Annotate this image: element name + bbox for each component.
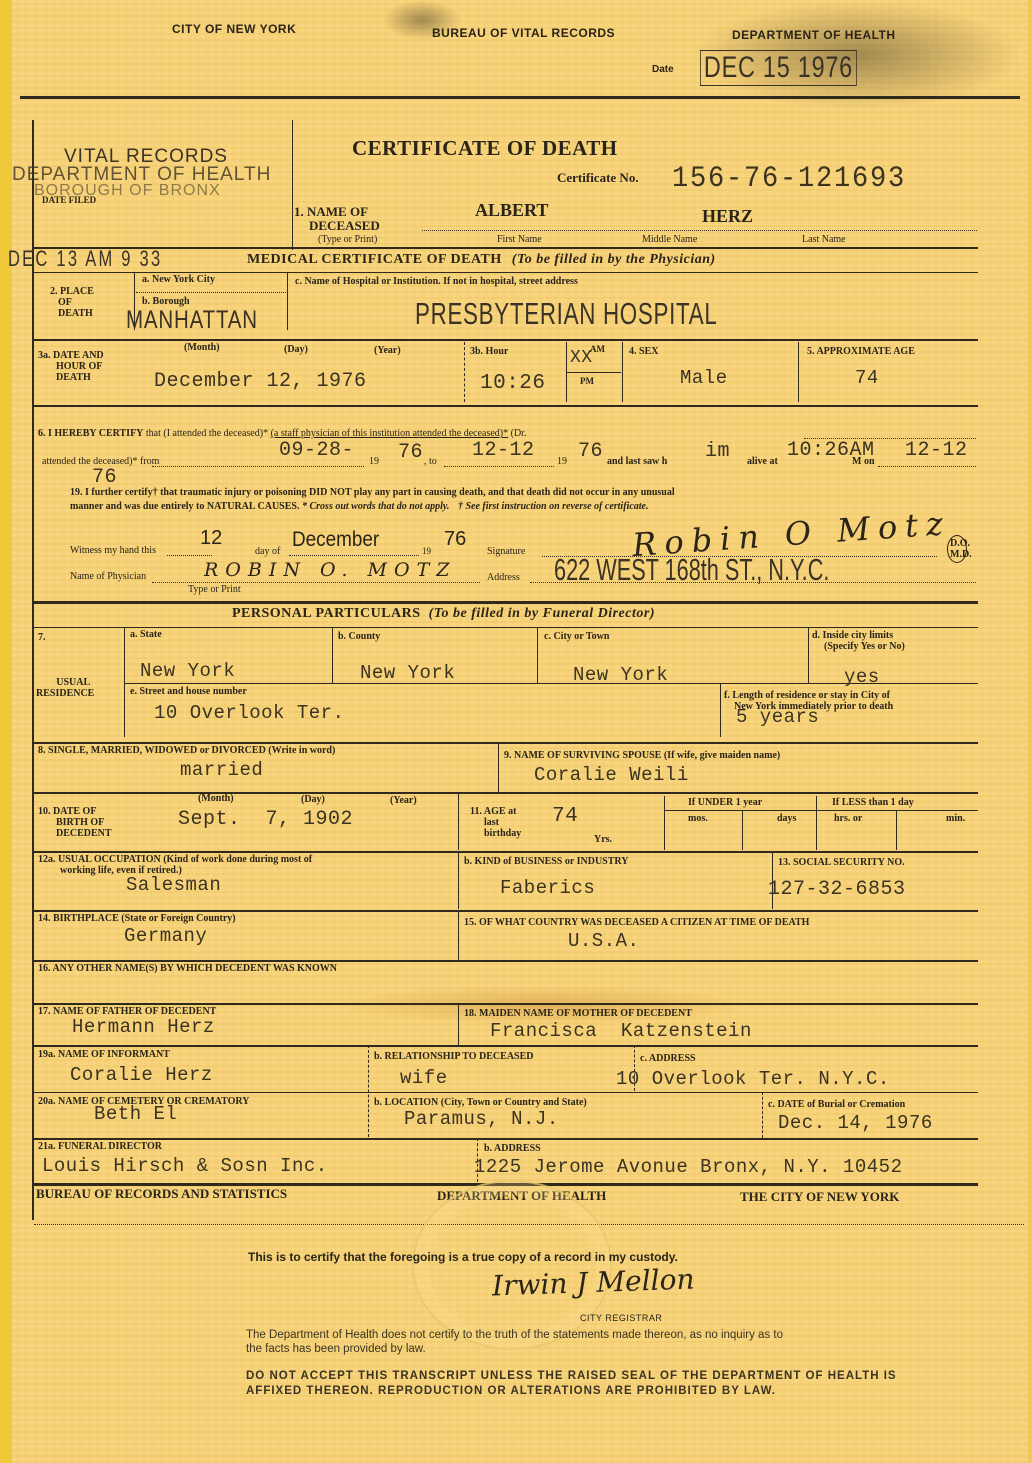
rule <box>34 851 978 853</box>
header-bureau: BUREAU OF VITAL RECORDS <box>432 26 615 40</box>
place-label-line3: DEATH <box>50 308 94 319</box>
divider <box>464 342 465 402</box>
age-label-line2: last <box>470 817 521 828</box>
under-year-label: If UNDER 1 year <box>688 797 762 808</box>
deceased-label-line1: 1. NAME OF <box>294 205 380 219</box>
to-underline <box>444 466 554 467</box>
stamp-divider <box>292 120 293 250</box>
deceased-label: 1. NAME OF DECEASED <box>294 205 380 233</box>
sub-middle-name: Middle Name <box>642 234 697 245</box>
location-label: b. LOCATION (City, Town or Country and S… <box>374 1097 587 1108</box>
county-label: b. County <box>338 631 380 642</box>
certify-line3: 19. I further certify† that traumatic in… <box>70 487 982 498</box>
inside-city-value: yes <box>844 666 880 688</box>
rule <box>34 1138 978 1140</box>
cross-out-note: * Cross out words that do not apply. <box>302 501 449 512</box>
hour-value: 10:26 <box>480 372 546 395</box>
date-label: Date <box>652 64 674 75</box>
divider <box>720 683 721 737</box>
funeral-director-value: Louis Hirsch & Sosn Inc. <box>42 1155 328 1177</box>
divider <box>762 1092 763 1138</box>
father-value: Hermann Herz <box>72 1016 215 1038</box>
from-underline <box>152 466 364 467</box>
informant-label: 19a. NAME OF INFORMANT <box>38 1049 170 1060</box>
to-year: 76 <box>578 440 603 463</box>
certify-line1: 6. I HEREBY CERTIFY that (I attended the… <box>38 428 526 439</box>
length-label-line1: f. Length of residence or stay in City o… <box>724 690 893 701</box>
hour-label: 3b. Hour <box>470 346 508 357</box>
divider <box>124 627 125 737</box>
spouse-value: Coralie Weili <box>534 764 689 786</box>
certify-true-copy: This is to certify that the foregoing is… <box>248 1250 678 1264</box>
alive-at-label: alive at <box>747 456 778 467</box>
to-date: 12-12 <box>472 439 535 462</box>
rule <box>34 1003 978 1005</box>
witness-day-underline <box>167 555 212 556</box>
informant-address-value: 10 Overlook Ter. N.Y.C. <box>616 1068 890 1090</box>
certify-19: 19 <box>70 487 80 498</box>
rule <box>34 627 978 628</box>
physician-address: 622 WEST 168th ST., N.Y.C. <box>554 552 829 588</box>
divider <box>458 851 459 909</box>
physician-name-label: Name of Physician <box>70 571 146 582</box>
signature-label: Signature <box>487 546 525 557</box>
inside-label-line2: (Specify Yes or No) <box>812 641 905 652</box>
inside-city-label: d. Inside city limits (Specify Yes or No… <box>812 630 905 652</box>
on-date: 12-12 <box>905 439 968 462</box>
fold-stain <box>332 985 752 1025</box>
sex-value: Male <box>680 367 728 389</box>
rule <box>34 910 978 912</box>
age-label-line3: birthday <box>470 828 521 839</box>
from-19: 19 <box>369 456 379 467</box>
state-value: New York <box>140 660 235 682</box>
header-city: CITY OF NEW YORK <box>172 22 296 36</box>
name-underline <box>422 230 977 231</box>
dob-label-line1: 10. DATE OF <box>38 806 112 817</box>
relationship-label: b. RELATIONSHIP TO DECEASED <box>374 1051 534 1062</box>
relationship-value: wife <box>400 1067 448 1089</box>
on-underline <box>878 466 976 467</box>
date-stamp: DEC 15 1976 <box>700 50 857 86</box>
funeral-address-value: 1225 Jerome Avonue Bronx, N.Y. 10452 <box>474 1156 902 1178</box>
nyc-divider <box>136 292 286 293</box>
certificate-no-label: Certificate No. <box>557 172 639 183</box>
rule <box>34 601 978 604</box>
dob-label-line2: BIRTH OF <box>38 817 112 828</box>
certificate-title: CERTIFICATE OF DEATH <box>352 136 618 161</box>
rule <box>124 683 978 684</box>
warning-line1: DO NOT ACCEPT THIS TRANSCRIPT UNLESS THE… <box>246 1369 897 1384</box>
divider <box>332 627 333 683</box>
personal-section-title: PERSONAL PARTICULARS (To be filled in by… <box>232 606 655 622</box>
hospital-label: c. Name of Hospital or Institution. If n… <box>295 276 578 287</box>
mos-label: mos. <box>688 813 708 824</box>
less-day-label: If LESS than 1 day <box>832 797 914 808</box>
last-name: HERZ <box>702 206 753 227</box>
m-on-label: M on <box>852 456 875 467</box>
address-label: Address <box>487 572 520 583</box>
street-label: e. Street and house number <box>130 686 247 697</box>
burial-date-value: Dec. 14, 1976 <box>778 1112 933 1134</box>
sub-type-or-print: (Type or Print) <box>318 234 377 245</box>
divider <box>498 742 499 792</box>
burial-date-label: c. DATE of Burial or Cremation <box>768 1099 905 1110</box>
paper-edge <box>0 0 12 1463</box>
state-label: a. State <box>130 629 162 640</box>
physician-name-sub: Type or Print <box>188 584 241 595</box>
last-saw-value: im <box>705 440 730 463</box>
divider <box>664 796 665 850</box>
divider <box>742 810 743 850</box>
date-of-death: December 12, 1976 <box>154 370 367 393</box>
funeral-address-label: b. ADDRESS <box>484 1143 541 1154</box>
header-department: DEPARTMENT OF HEALTH <box>732 28 896 42</box>
other-names-label: 16. ANY OTHER NAME(S) BY WHICH DECEDENT … <box>38 963 337 974</box>
month-underline <box>289 555 419 556</box>
approx-age-value: 74 <box>855 367 879 389</box>
dob-value: Sept. 7, 1902 <box>178 808 353 831</box>
physician-name: ROBIN O. MOTZ <box>204 559 456 581</box>
disclaimer-line1: The Department of Health does not certif… <box>246 1328 783 1342</box>
divider <box>808 627 809 683</box>
reverse-note: † See first instruction on reverse of ce… <box>458 501 649 512</box>
divider <box>458 910 459 960</box>
footer-bureau: BUREAU OF RECORDS AND STATISTICS <box>36 1186 287 1202</box>
occupation-value: Salesman <box>126 874 221 896</box>
witness-month: December <box>292 528 379 552</box>
occupation-label: 12a. USUAL OCCUPATION (Kind of work done… <box>38 854 312 876</box>
disclaimer: The Department of Health does not certif… <box>246 1328 783 1356</box>
warning-line2: AFFIXED THEREON. REPRODUCTION OR ALTERAT… <box>246 1384 897 1399</box>
witness-year: 76 <box>444 528 466 551</box>
mother-label: 18. MAIDEN NAME OF MOTHER OF DECEDENT <box>464 1008 692 1019</box>
to-19: 19 <box>557 456 567 467</box>
county-value: New York <box>360 662 455 684</box>
header-rule <box>20 96 1020 99</box>
first-name: ALBERT <box>475 200 548 221</box>
place-label-line2: OF <box>50 297 94 308</box>
received-stamp: DEC 13 AM 9 33 <box>8 246 162 272</box>
natural-causes-text: manner and was due entirely to NATURAL C… <box>70 501 299 512</box>
divider <box>287 272 288 330</box>
citizen-label: 15. OF WHAT COUNTRY WAS DECEASED A CITIZ… <box>464 917 809 928</box>
spouse-label: 9. NAME OF SURVIVING SPOUSE (If wife, gi… <box>504 750 780 761</box>
street-value: 10 Overlook Ter. <box>154 702 344 724</box>
on-year: 76 <box>92 466 117 489</box>
deceased-label-line2: DECEASED <box>294 219 380 233</box>
medical-title-note: (To be filled in by the Physician) <box>512 252 716 267</box>
ssn-label: 13. SOCIAL SECURITY NO. <box>778 857 905 868</box>
rule <box>34 792 978 794</box>
witness-19: 19 <box>422 546 431 557</box>
month-label: (Month) <box>184 342 220 353</box>
dod-label-line3: DEATH <box>38 372 104 383</box>
medical-title-text: MEDICAL CERTIFICATE OF DEATH <box>247 252 502 267</box>
days-label: days <box>777 813 796 824</box>
yrs-label: Yrs. <box>594 834 612 845</box>
date-filed-label: DATE FILED <box>42 195 96 206</box>
min-label: min. <box>946 813 965 824</box>
informant-address-label: c. ADDRESS <box>640 1053 696 1064</box>
hrs-label: hrs. or <box>834 813 862 824</box>
certificate-number: 156-76-121693 <box>672 162 906 196</box>
length-value: 5 years <box>736 706 819 728</box>
funeral-director-label: 21a. FUNERAL DIRECTOR <box>38 1141 162 1152</box>
physician-name-underline <box>152 582 480 583</box>
rule <box>34 247 978 249</box>
personal-title-text: PERSONAL PARTICULARS <box>232 606 421 621</box>
rule <box>664 810 978 811</box>
business-value: Faberics <box>500 877 595 899</box>
medical-section-title: MEDICAL CERTIFICATE OF DEATH (To be fill… <box>247 252 716 268</box>
informant-value: Coralie Herz <box>70 1064 213 1086</box>
sub-last-name: Last Name <box>802 234 846 245</box>
seal-warning: DO NOT ACCEPT THIS TRANSCRIPT UNLESS THE… <box>246 1369 897 1399</box>
certify-text-c: (Dr. <box>511 428 527 439</box>
city-label: c. City or Town <box>544 631 609 642</box>
from-date: 09-28- <box>279 439 354 462</box>
footer-city: THE CITY OF NEW YORK <box>740 1189 899 1205</box>
raised-seal <box>412 1180 612 1350</box>
witness-label: Witness my hand this <box>70 545 156 556</box>
last-saw-label: and last saw h <box>607 456 667 467</box>
divider <box>816 796 817 850</box>
dob-year-label: (Year) <box>390 795 417 806</box>
ssn-value: 127-32-6853 <box>768 878 906 901</box>
rule <box>34 960 978 962</box>
birthplace-label: 14. BIRTHPLACE (State or Foreign Country… <box>38 913 236 924</box>
divider <box>458 792 459 850</box>
dod-label-line2: HOUR OF <box>38 361 104 372</box>
dob-label-line3: DECEDENT <box>38 828 112 839</box>
registrar-title: CITY REGISTRAR <box>580 1313 662 1323</box>
age-label-line1: 11. AGE at <box>470 806 521 817</box>
marital-value: married <box>180 759 263 781</box>
approx-age-label: 5. APPROXIMATE AGE <box>807 346 915 357</box>
degree-mark: D.O. M.D. <box>947 535 967 563</box>
age-at-value: 74 <box>552 805 578 828</box>
place-label: 2. PLACE OF DEATH <box>50 286 94 319</box>
inside-label-line1: d. Inside city limits <box>812 630 905 641</box>
business-label: b. KIND of BUSINESS or INDUSTRY <box>464 856 629 867</box>
death-certificate: CITY OF NEW YORK BUREAU OF VITAL RECORDS… <box>12 0 1028 1463</box>
age-at-label: 11. AGE at last birthday <box>470 806 521 839</box>
birthplace-value: Germany <box>124 925 207 947</box>
certify-text-b: (a staff physician of this institution a… <box>271 428 509 439</box>
certify-heading: 6. I HEREBY CERTIFY <box>38 428 143 439</box>
mother-value: Francisca Katzenstein <box>490 1020 752 1042</box>
rule <box>34 272 978 273</box>
occupation-label-line1: 12a. USUAL OCCUPATION (Kind of work done… <box>38 854 312 865</box>
dob-day-label: (Day) <box>301 794 325 805</box>
disclaimer-line2: the facts has been provided by law. <box>246 1342 783 1356</box>
dod-label-line1: 3a. DATE AND <box>38 350 104 361</box>
location-value: Paramus, N.J. <box>404 1108 559 1130</box>
residence-label-line2: RESIDENCE <box>36 688 94 699</box>
day-of-label: day of <box>255 546 280 557</box>
residence-no: 7. <box>38 632 46 643</box>
certify-text-a: that (I attended the deceased)* <box>146 428 268 439</box>
nyc-label: a. New York City <box>142 274 215 285</box>
hospital-value: PRESBYTERIAN HOSPITAL <box>415 296 717 332</box>
certify-natural-text: . I further certify† that traumatic inju… <box>80 487 675 498</box>
divider <box>458 1003 459 1045</box>
sub-first-name: First Name <box>497 234 542 245</box>
rule <box>34 742 978 744</box>
witness-day: 12 <box>200 527 222 550</box>
personal-title-note: (To be filled in by Funeral Director) <box>429 606 655 621</box>
rule <box>34 339 978 341</box>
divider <box>896 810 897 850</box>
rule <box>34 405 978 407</box>
rule <box>34 1092 978 1093</box>
frame-left <box>32 120 34 1220</box>
day-label: (Day) <box>284 344 308 355</box>
year-label: (Year) <box>374 345 401 356</box>
dob-month-label: (Month) <box>198 793 234 804</box>
sex-label: 4. SEX <box>629 346 658 357</box>
cemetery-value: Beth El <box>94 1103 177 1125</box>
divider <box>622 342 623 402</box>
citizen-value: U.S.A. <box>568 930 639 952</box>
residence-label-line1: USUAL <box>52 677 94 688</box>
pm-label: PM <box>580 376 594 387</box>
from-year: 76 <box>398 441 423 464</box>
dob-label: 10. DATE OF BIRTH OF DECEDENT <box>38 806 112 839</box>
ampm-divider <box>566 372 621 373</box>
date-of-death-label: 3a. DATE AND HOUR OF DEATH <box>38 350 104 383</box>
certify-line4: manner and was due entirely to NATURAL C… <box>70 501 648 512</box>
registrar-signature: Irwin J Mellon <box>491 1262 694 1302</box>
residence-label: USUAL RESIDENCE <box>52 677 94 699</box>
am-mark: XX <box>570 348 593 368</box>
marital-label: 8. SINGLE, MARRIED, WIDOWED or DIVORCED … <box>38 745 335 756</box>
borough-value: MANHATTAN <box>126 306 258 335</box>
divider <box>368 1045 369 1137</box>
place-label-line1: 2. PLACE <box>50 286 94 297</box>
rule <box>34 1045 978 1047</box>
divider <box>537 627 538 683</box>
divider <box>798 342 799 402</box>
to-label: , to <box>424 456 437 467</box>
